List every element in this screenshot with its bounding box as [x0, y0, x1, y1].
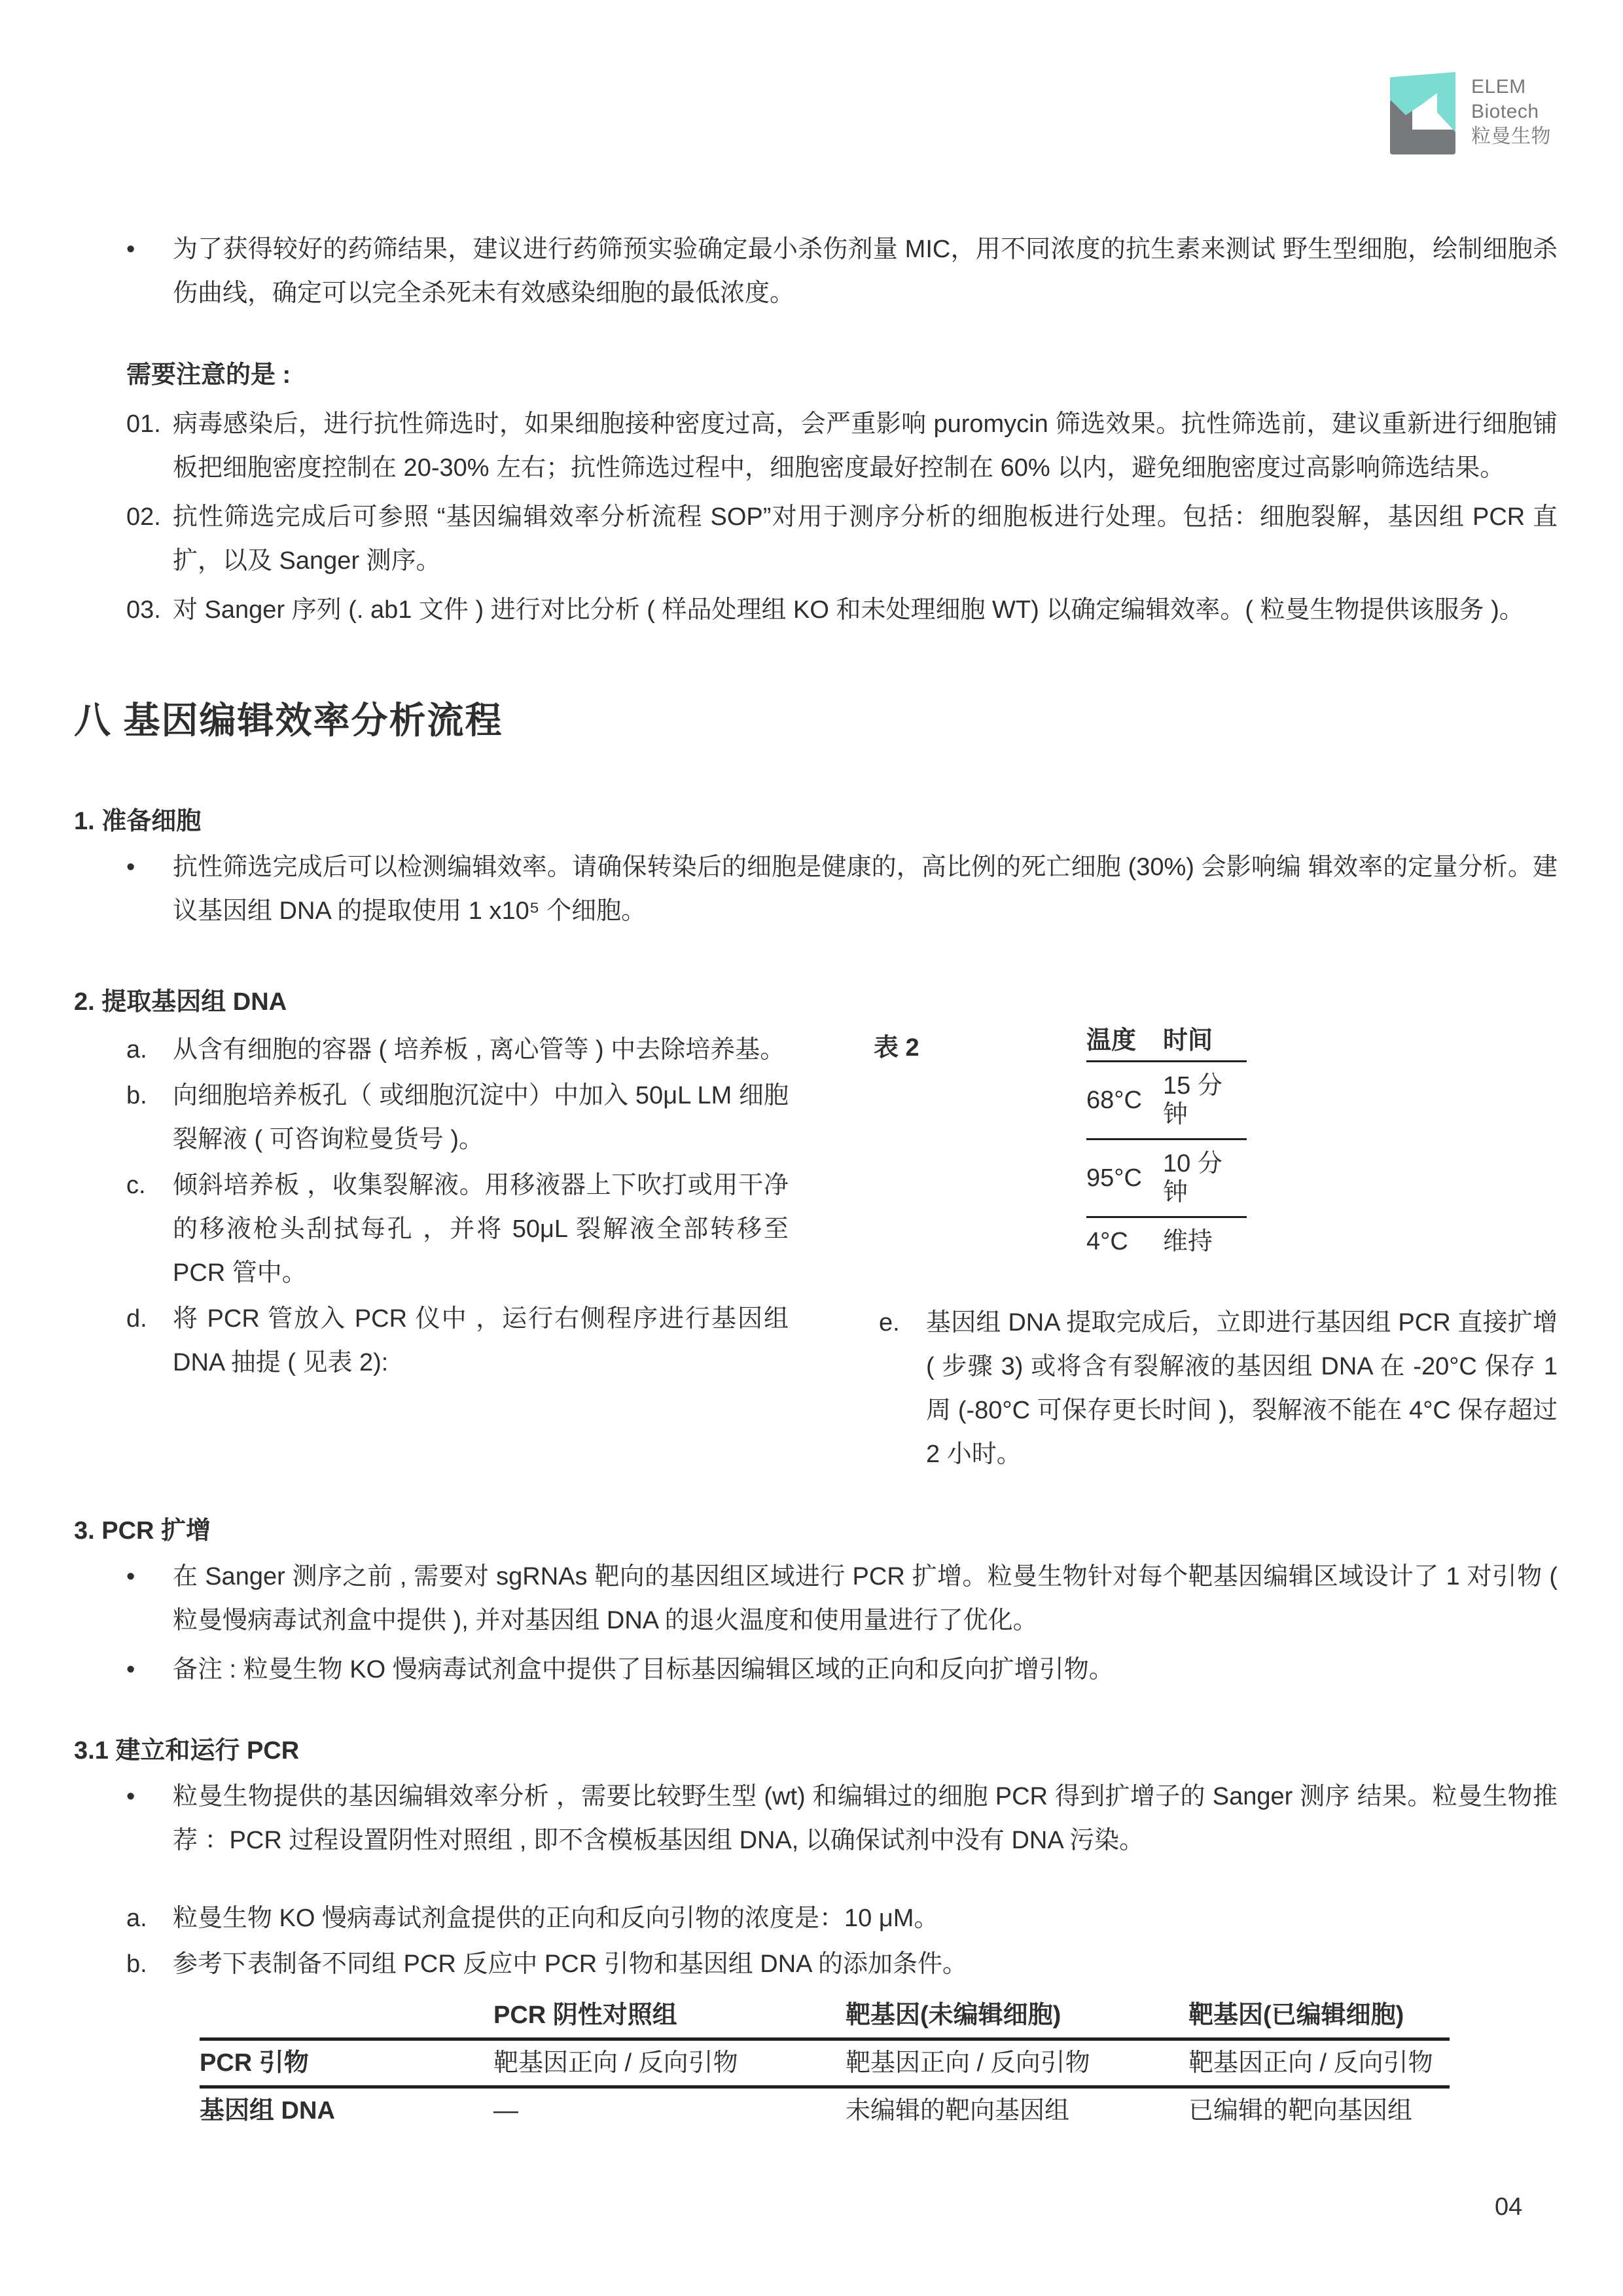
elem-biotech-logo-icon	[1386, 72, 1459, 154]
note-text: 对 Sanger 序列 (. ab1 文件 ) 进行对比分析 ( 样品处理组 K…	[173, 596, 1524, 624]
pcr-step-a: a. 粒曼生物 KO 慢病毒试剂盒提供的正向和反向引物的浓度是：10 μM。	[74, 1897, 1558, 1941]
subsection-2-heading: 2. 提取基因组 DNA	[74, 980, 1558, 1024]
step-text: 粒曼生物 KO 慢病毒试剂盒提供的正向和反向引物的浓度是：10 μM。	[173, 1905, 938, 1932]
pcr-cell: —	[493, 2087, 846, 2134]
pcr-cell: 已编辑的靶向基因组	[1188, 2087, 1450, 2134]
table2-cell: 68°C	[1086, 1062, 1163, 1139]
step-label: d.	[126, 1297, 147, 1341]
step-d: d. 将 PCR 管放入 PCR 仪中 ，运行右侧程序进行基因组 DNA 抽提 …	[74, 1297, 789, 1385]
step-label: a.	[126, 1028, 147, 1072]
step-c: c. 倾斜培养板 ，收集裂解液。用移液器上下吹打或用干净的移液枪头刮拭每孔 ，并…	[74, 1164, 789, 1295]
step-label: e.	[879, 1301, 900, 1345]
company-logo: ELEM Biotech 粒曼生物	[1386, 72, 1551, 154]
step-label: b.	[126, 1943, 147, 1986]
logo-line-3: 粒曼生物	[1471, 124, 1551, 149]
pcr-row-label: PCR 引物	[200, 2039, 493, 2087]
subsection-1-heading: 1. 准备细胞	[74, 800, 1558, 844]
pcr-header-empty	[200, 1993, 493, 2039]
bullet-marker: •	[126, 228, 135, 272]
subsection-3-1-heading: 3.1 建立和运行 PCR	[74, 1729, 1558, 1773]
table2-cell: 95°C	[1086, 1139, 1163, 1217]
pcr-row-label: 基因组 DNA	[200, 2087, 493, 2134]
table2-block: 表 2 温度 时间 68°C 15 分钟	[874, 1026, 1558, 1265]
step-text: 向细胞培养板孔（ 或细胞沉淀中）中加入 50μL LM 细胞裂解液 ( 可咨询粒…	[173, 1082, 789, 1153]
step-text: 基因组 DNA 提取完成后，立即进行基因组 PCR 直接扩增 ( 步骤 3) 或…	[926, 1309, 1558, 1468]
pcr-program-table: 温度 时间 68°C 15 分钟 95°C 10 分钟	[1086, 1026, 1247, 1265]
table2-header-row: 温度 时间	[1086, 1026, 1247, 1062]
section-8-heading: 八 基因编辑效率分析流程	[74, 697, 1558, 744]
table2-cell: 维持	[1163, 1217, 1247, 1266]
table2-label: 表 2	[874, 1026, 1086, 1265]
logo-line-1: ELEM	[1471, 75, 1551, 99]
page-content: • 为了获得较好的药筛结果，建议进行药筛预实验确定最小杀伤剂量 MIC，用不同浓…	[74, 228, 1558, 2133]
note-number: 01.	[126, 403, 161, 446]
pcr-header-negative-control: PCR 阴性对照组	[493, 1993, 846, 2039]
note-item-02: 02. 抗性筛选完成后可参照 “基因编辑效率分析流程 SOP”对用于测序分析的细…	[74, 495, 1558, 583]
table2-cell: 15 分钟	[1163, 1062, 1247, 1139]
intro-bullet-text: 为了获得较好的药筛结果，建议进行药筛预实验确定最小杀伤剂量 MIC，用不同浓度的…	[173, 236, 1558, 307]
intro-bullet-item: • 为了获得较好的药筛结果，建议进行药筛预实验确定最小杀伤剂量 MIC，用不同浓…	[74, 228, 1558, 315]
note-text: 病毒感染后，进行抗性筛选时，如果细胞接种密度过高，会严重影响 puromycin…	[173, 410, 1558, 482]
bullet-marker: •	[126, 1555, 135, 1599]
table2-cell: 10 分钟	[1163, 1139, 1247, 1217]
pcr-step-b: b. 参考下表制备不同组 PCR 反应中 PCR 引物和基因组 DNA 的添加条…	[74, 1943, 1558, 1986]
subsection-3-heading: 3. PCR 扩增	[74, 1509, 1558, 1553]
step-a: a. 从含有细胞的容器 ( 培养板 , 离心管等 ) 中去除培养基。	[74, 1028, 789, 1072]
pcr-table-row-primers: PCR 引物 靶基因正向 / 反向引物 靶基因正向 / 反向引物 靶基因正向 /…	[200, 2039, 1450, 2087]
pcr-table-header-row: PCR 阴性对照组 靶基因(未编辑细胞) 靶基因(已编辑细胞)	[200, 1993, 1450, 2039]
subsection-3-text-1: 在 Sanger 测序之前 , 需要对 sgRNAs 靶向的基因组区域进行 PC…	[173, 1563, 1558, 1634]
table2-row: 95°C 10 分钟	[1086, 1139, 1247, 1217]
pcr-cell: 靶基因正向 / 反向引物	[1188, 2039, 1450, 2087]
step-e: e. 基因组 DNA 提取完成后，立即进行基因组 PCR 直接扩增 ( 步骤 3…	[874, 1301, 1558, 1477]
note-number: 03.	[126, 588, 161, 632]
logo-line-2: Biotech	[1471, 99, 1551, 124]
pcr-cell: 未编辑的靶向基因组	[846, 2087, 1188, 2134]
subsection-1-bullet: • 抗性筛选完成后可以检测编辑效率。请确保转染后的细胞是健康的，高比例的死亡细胞…	[74, 846, 1558, 933]
table2-header-time: 时间	[1163, 1026, 1247, 1062]
document-page: { "glyphs": { "bullet": "•" }, "colors":…	[0, 0, 1623, 2296]
note-item-03: 03. 对 Sanger 序列 (. ab1 文件 ) 进行对比分析 ( 样品处…	[74, 588, 1558, 632]
logo-wordmark: ELEM Biotech 粒曼生物	[1471, 72, 1551, 149]
pcr-cell: 靶基因正向 / 反向引物	[493, 2039, 846, 2087]
note-text: 抗性筛选完成后可参照 “基因编辑效率分析流程 SOP”对用于测序分析的细胞板进行…	[173, 503, 1558, 575]
pcr-header-unedited: 靶基因(未编辑细胞)	[846, 1993, 1188, 2039]
bullet-marker: •	[126, 1648, 135, 1692]
note-item-01: 01. 病毒感染后，进行抗性筛选时，如果细胞接种密度过高，会严重影响 purom…	[74, 403, 1558, 490]
step-text: 将 PCR 管放入 PCR 仪中 ，运行右侧程序进行基因组 DNA 抽提 ( 见…	[173, 1305, 789, 1376]
pcr-table-row-dna: 基因组 DNA — 未编辑的靶向基因组 已编辑的靶向基因组	[200, 2087, 1450, 2134]
table2-row: 4°C 维持	[1086, 1217, 1247, 1266]
bullet-marker: •	[126, 846, 135, 889]
subsection-3-bullet-2: • 备注 : 粒曼生物 KO 慢病毒试剂盒中提供了目标基因编辑区域的正向和反向扩…	[74, 1648, 1558, 1692]
page-number: 04	[1495, 2193, 1522, 2221]
bullet-marker: •	[126, 1775, 135, 1819]
step-text: 倾斜培养板 ，收集裂解液。用移液器上下吹打或用干净的移液枪头刮拭每孔 ，并将 5…	[173, 1172, 789, 1287]
dna-extraction-two-column: a. 从含有细胞的容器 ( 培养板 , 离心管等 ) 中去除培养基。 b. 向细…	[74, 1026, 1558, 1477]
pcr-header-edited: 靶基因(已编辑细胞)	[1188, 1993, 1450, 2039]
note-number: 02.	[126, 495, 161, 539]
table2-cell: 4°C	[1086, 1217, 1163, 1266]
subsection-3-1-text: 粒曼生物提供的基因编辑效率分析 ，需要比较野生型 (wt) 和编辑过的细胞 PC…	[173, 1783, 1558, 1854]
step-text: 从含有细胞的容器 ( 培养板 , 离心管等 ) 中去除培养基。	[173, 1036, 785, 1064]
notes-heading: 需要注意的是 :	[74, 353, 1558, 397]
step-label: c.	[126, 1164, 146, 1208]
subsection-3-text-2: 备注 : 粒曼生物 KO 慢病毒试剂盒中提供了目标基因编辑区域的正向和反向扩增引…	[173, 1656, 1114, 1683]
subsection-3-1-bullet: • 粒曼生物提供的基因编辑效率分析 ，需要比较野生型 (wt) 和编辑过的细胞 …	[74, 1775, 1558, 1863]
step-b: b. 向细胞培养板孔（ 或细胞沉淀中）中加入 50μL LM 细胞裂解液 ( 可…	[74, 1074, 789, 1162]
step-text: 参考下表制备不同组 PCR 反应中 PCR 引物和基因组 DNA 的添加条件。	[173, 1950, 967, 1978]
subsection-1-text: 抗性筛选完成后可以检测编辑效率。请确保转染后的细胞是健康的，高比例的死亡细胞 (…	[173, 853, 1558, 925]
step-label: a.	[126, 1897, 147, 1941]
pcr-setup-table: PCR 阴性对照组 靶基因(未编辑细胞) 靶基因(已编辑细胞) PCR 引物 靶…	[200, 1993, 1450, 2133]
step-label: b.	[126, 1074, 147, 1118]
table2-header-temp: 温度	[1086, 1026, 1163, 1062]
table2-column: 表 2 温度 时间 68°C 15 分钟	[874, 1026, 1558, 1477]
table2-row: 68°C 15 分钟	[1086, 1062, 1247, 1139]
steps-column: a. 从含有细胞的容器 ( 培养板 , 离心管等 ) 中去除培养基。 b. 向细…	[74, 1026, 789, 1477]
pcr-cell: 靶基因正向 / 反向引物	[846, 2039, 1188, 2087]
subsection-3-bullet-1: • 在 Sanger 测序之前 , 需要对 sgRNAs 靶向的基因组区域进行 …	[74, 1555, 1558, 1643]
